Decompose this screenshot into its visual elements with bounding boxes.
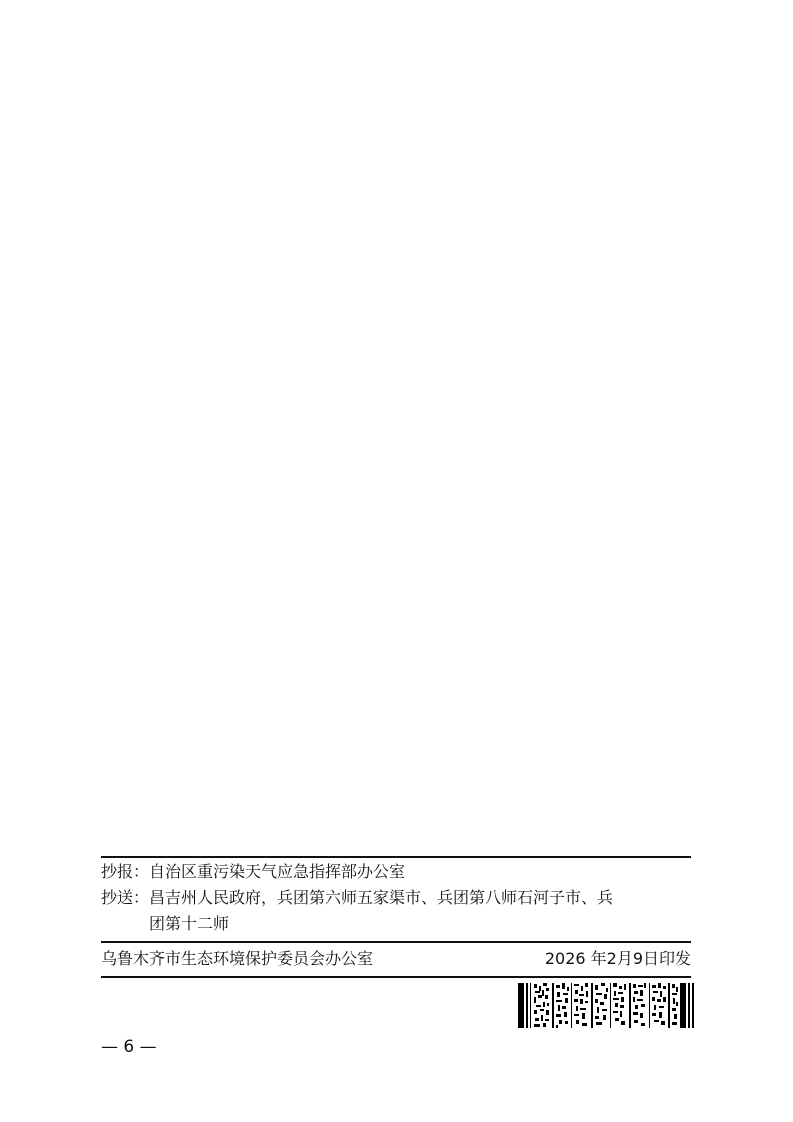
barcode-icon [516,983,698,1028]
copy-to-text-line2: 团第十二师 [149,911,691,937]
copy-to-text-line1: 昌吉州人民政府，兵团第六师五家渠市、兵团第八师石河子市、兵 [149,885,691,911]
middle-rule [101,941,691,943]
report-to-block: 抄报： 自治区重污染天气应急指挥部办公室 [101,859,691,885]
issuer-name: 乌鲁木齐市生态环境保护委员会办公室 [101,948,373,970]
issue-date: 2026 年2月9日印发 [545,948,691,970]
page-number: — 6 — [101,1036,157,1058]
copy-to-label: 抄送： [101,885,149,911]
bottom-rule [101,976,691,978]
report-to-text: 自治区重污染天气应急指挥部办公室 [149,859,691,885]
report-to-label: 抄报： [101,859,149,885]
copy-to-block: 抄送： 昌吉州人民政府，兵团第六师五家渠市、兵团第八师石河子市、兵 抄送： 团第… [101,885,691,937]
issue-row: 乌鲁木齐市生态环境保护委员会办公室 2026 年2月9日印发 [101,948,691,970]
top-rule [101,856,691,858]
